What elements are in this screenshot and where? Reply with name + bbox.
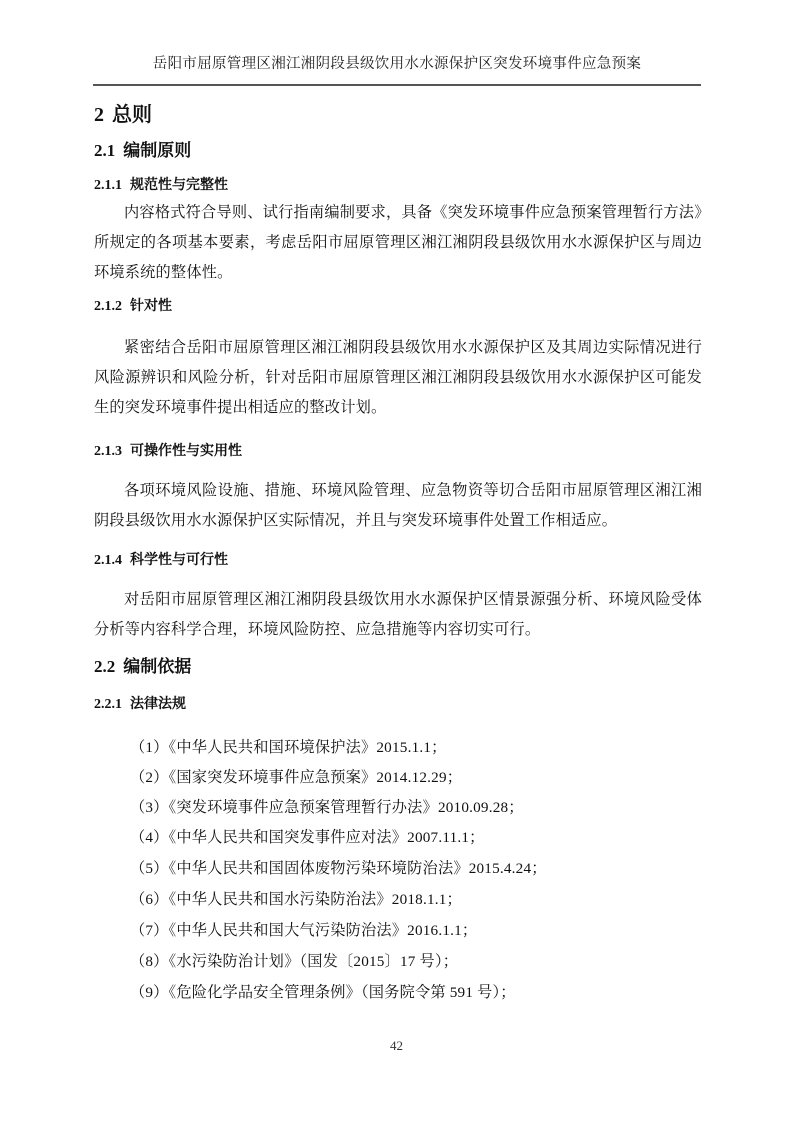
- subsection-title: 可操作性与实用性: [130, 442, 242, 458]
- section-title: 编制原则: [123, 141, 191, 160]
- reference-item: （5）《中华人民共和国固体废物污染环境防治法》2015.4.24；: [130, 857, 547, 878]
- paragraph-2-1-2: 紧密结合岳阳市屈原管理区湘江湘阴段县级饮用水水源保护区及其周边实际情况进行风险源…: [94, 333, 702, 423]
- subsection-number: 2.2.1: [94, 697, 122, 712]
- paragraph-2-1-1: 内容格式符合导则、试行指南编制要求，具备《突发环境事件应急预案管理暂行方法》所规…: [94, 198, 702, 288]
- subsection-heading-2-1-3: 2.1.3可操作性与实用性: [94, 440, 242, 460]
- subsection-title: 规范性与完整性: [130, 176, 228, 192]
- subsection-heading-2-1-1: 2.1.1规范性与完整性: [94, 174, 228, 194]
- paragraph-2-1-3: 各项环境风险设施、措施、环境风险管理、应急物资等切合岳阳市屈原管理区湘江湘阴段县…: [94, 476, 702, 536]
- reference-item: （7）《中华人民共和国大气污染防治法》2016.1.1；: [130, 919, 477, 940]
- subsection-number: 2.1.4: [94, 553, 122, 568]
- subsection-heading-2-1-4: 2.1.4科学性与可行性: [94, 549, 228, 569]
- reference-item: （1）《中华人民共和国环境保护法》2015.1.1；: [130, 736, 447, 757]
- subsection-title: 科学性与可行性: [130, 551, 228, 567]
- section-number: 2.2: [94, 657, 115, 676]
- chapter-number: 2: [94, 104, 104, 126]
- reference-item: （2）《国家突发环境事件应急预案》2014.12.29；: [130, 766, 462, 787]
- subsection-heading-2-1-2: 2.1.2针对性: [94, 295, 172, 315]
- section-number: 2.1: [94, 141, 115, 160]
- subsection-title: 法律法规: [130, 695, 186, 711]
- chapter-title: 总则: [112, 104, 152, 126]
- subsection-heading-2-2-1: 2.2.1法律法规: [94, 693, 186, 713]
- reference-item: （8）《水污染防治计划》（国发〔2015〕17 号）；: [130, 950, 458, 971]
- header-divider: [93, 84, 701, 86]
- reference-item: （9）《危险化学品安全管理条例》（国务院令第 591 号）；: [130, 981, 516, 1002]
- subsection-number: 2.1.1: [94, 178, 122, 193]
- section-heading-2-1: 2.1编制原则: [94, 136, 191, 161]
- section-heading-2-2: 2.2编制依据: [94, 652, 191, 677]
- paragraph-2-1-4: 对岳阳市屈原管理区湘江湘阴段县级饮用水水源保护区情景源强分析、环境风险受体分析等…: [94, 585, 702, 645]
- subsection-number: 2.1.3: [94, 444, 122, 459]
- section-title: 编制依据: [123, 657, 191, 676]
- running-header: 岳阳市屈原管理区湘江湘阴段县级饮用水水源保护区突发环境事件应急预案: [93, 52, 701, 73]
- page-number: 42: [0, 1038, 793, 1054]
- subsection-title: 针对性: [130, 297, 172, 313]
- reference-item: （6）《中华人民共和国水污染防治法》2018.1.1；: [130, 888, 462, 909]
- reference-item: （4）《中华人民共和国突发事件应对法》2007.11.1；: [130, 826, 485, 847]
- subsection-number: 2.1.2: [94, 299, 122, 314]
- reference-item: （3）《突发环境事件应急预案管理暂行办法》2010.09.28；: [130, 796, 524, 817]
- chapter-heading: 2总则: [94, 98, 152, 127]
